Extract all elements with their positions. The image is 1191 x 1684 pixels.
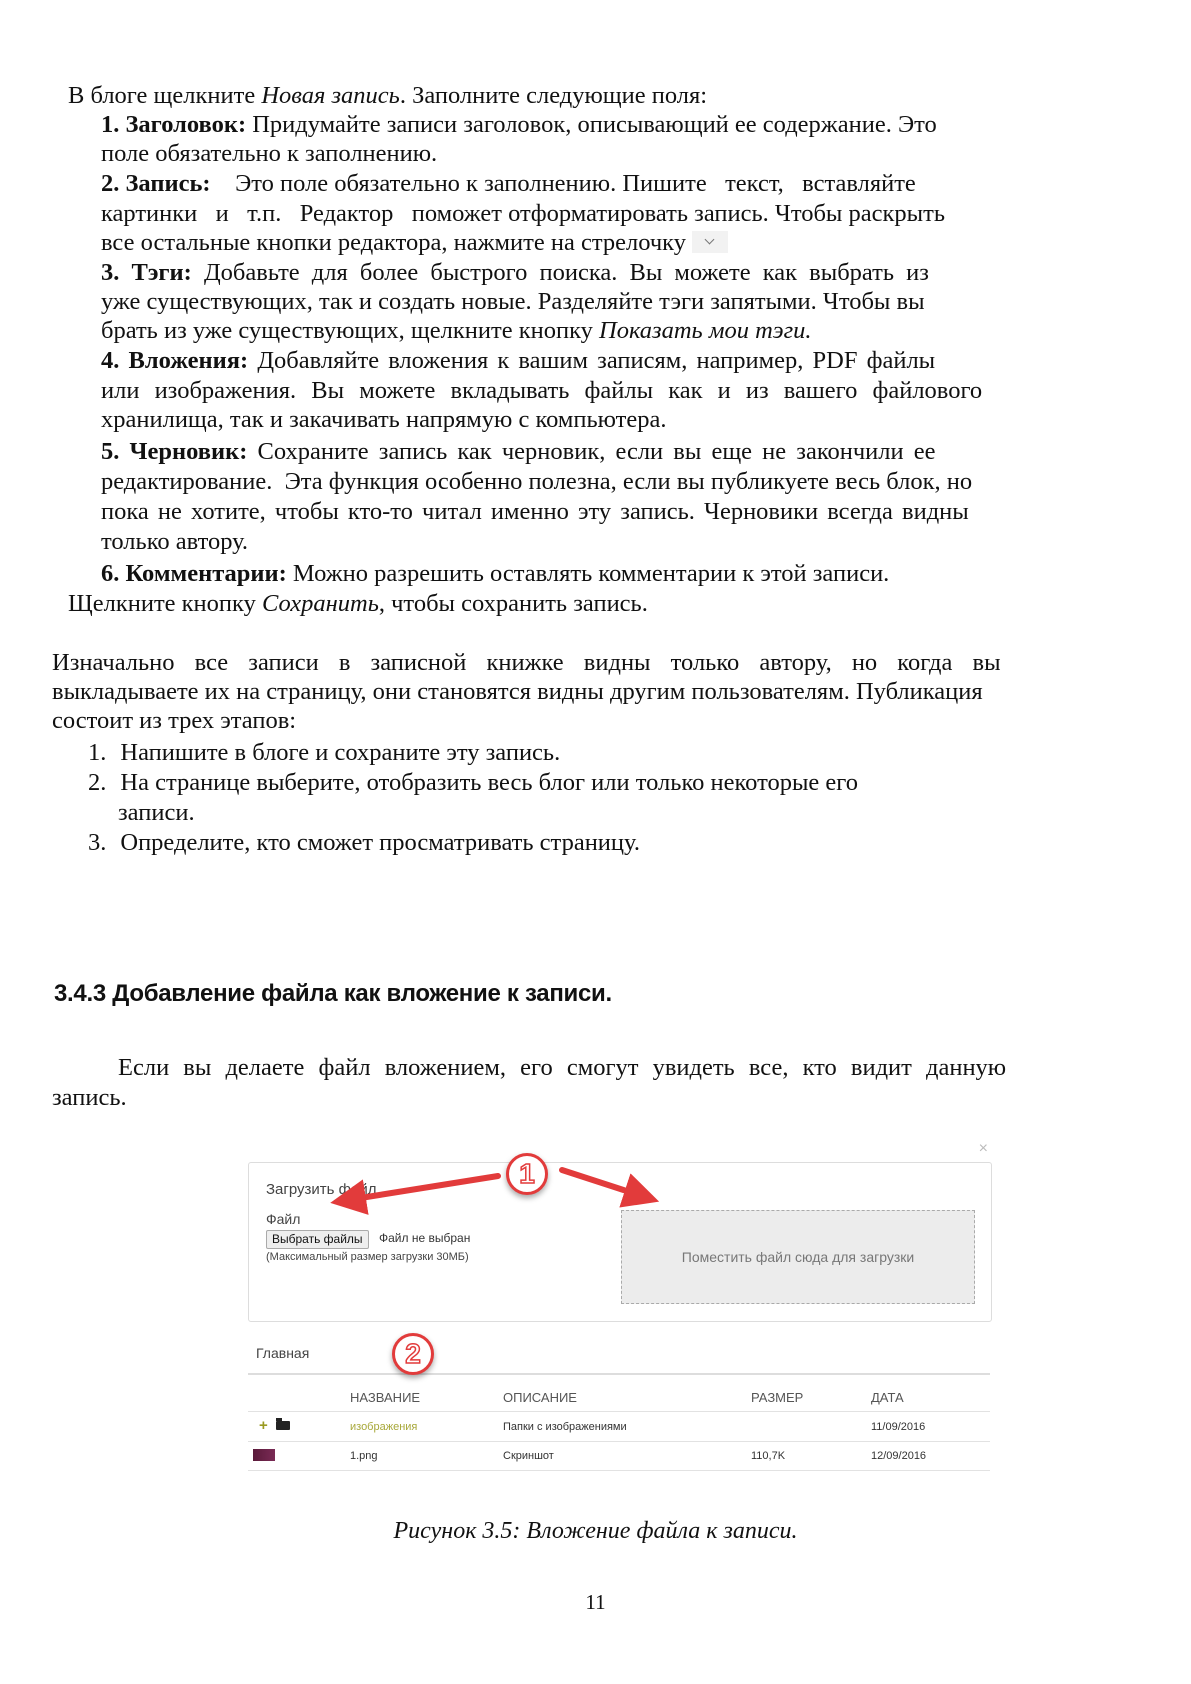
step-text: Определите, кто сможет просматривать стр… — [120, 829, 640, 856]
field-5-line-3: пока не хотите, чтобы кто-то читал именн… — [101, 497, 969, 527]
field-text: Добавляйте вложения к вашим записям, нап… — [257, 347, 935, 374]
field-4-line-3: хранилища, так и закачивать напрямую с к… — [101, 405, 667, 435]
section-para-line-2: запись. — [52, 1083, 127, 1113]
publish-text: выкладываете их на страницу, они становя… — [52, 678, 983, 705]
field-5-line-2: редактирование. Эта функция особенно пол… — [101, 467, 972, 497]
publish-step-2: 2.На странице выберите, отобразить весь … — [88, 768, 858, 798]
field-text: брать из уже существующих, щелкните кноп… — [101, 317, 599, 344]
step-text: На странице выберите, отобразить весь бл… — [120, 769, 858, 796]
new-post-action-ref: Новая запись — [261, 82, 400, 109]
field-label: 3. Тэги: — [101, 259, 192, 286]
step-number: 1. — [88, 739, 106, 766]
field-2-line-3: все остальные кнопки редактора, нажмите … — [101, 228, 728, 258]
section-heading: 3.4.3 Добавление файла как вложение к за… — [54, 980, 612, 1008]
field-text: все остальные кнопки редактора, нажмите … — [101, 229, 686, 256]
field-3-line-3: брать из уже существующих, щелкните кноп… — [101, 316, 812, 346]
field-text: Можно разрешить оставлять комментарии к … — [287, 560, 890, 587]
publish-step-3: 3.Определите, кто сможет просматривать с… — [88, 828, 640, 858]
chevron-down-icon — [692, 231, 728, 253]
field-1-line-2: поле обязательно к заполнению. — [101, 139, 437, 169]
save-note: Щелкните кнопку Сохранить, чтобы сохрани… — [68, 589, 648, 619]
section-para-line-1: Если вы делаете файл вложением, его смог… — [118, 1053, 1006, 1083]
save-action-ref: Сохранить — [262, 590, 379, 617]
publish-text: Изначально все записи в записной книжке … — [52, 649, 1001, 676]
field-text: Добавьте для более быстрого поиска. Вы м… — [204, 259, 929, 286]
field-2-line-2: картинки и т.п. Редактор поможет отформа… — [101, 199, 945, 229]
figure-caption: Рисунок 3.5: Вложение файла к записи. — [0, 1518, 1191, 1545]
publish-step-2-cont: записи. — [118, 798, 195, 828]
field-text: картинки и т.п. Редактор поможет отформа… — [101, 200, 945, 227]
field-4-line-2: или изображения. Вы можете вкладывать фа… — [101, 376, 982, 406]
publish-line-1: Изначально все записи в записной книжке … — [52, 648, 1001, 678]
field-text: только автору. — [101, 528, 248, 555]
field-label: 5. Черновик: — [101, 438, 247, 465]
field-text: пока не хотите, чтобы кто-то читал именн… — [101, 498, 969, 525]
field-label: 6. Комментарии: — [101, 560, 287, 587]
publish-step-1: 1.Напишите в блоге и сохраните эту запис… — [88, 738, 560, 768]
publish-line-2: выкладываете их на страницу, они становя… — [52, 677, 983, 707]
field-text: редактирование. Эта функция особенно пол… — [101, 468, 972, 495]
field-text: или изображения. Вы можете вкладывать фа… — [101, 377, 982, 404]
save-note-suffix: , чтобы сохранить запись. — [379, 590, 648, 617]
annotation-arrows — [240, 1140, 1000, 1500]
figure-screenshot: × Загрузить файл Файл Выбрать файлы Файл… — [240, 1140, 1000, 1500]
field-5-line-1: 5. Черновик: Сохраните запись как чернов… — [101, 437, 936, 467]
section-text: запись. — [52, 1084, 127, 1111]
field-text: Сохраните запись как черновик, если вы е… — [257, 438, 935, 465]
save-note-text: Щелкните кнопку — [68, 590, 262, 617]
field-3-line-1: 3. Тэги: Добавьте для более быстрого пои… — [101, 258, 929, 288]
step-text: записи. — [118, 799, 195, 826]
field-2-line-1: 2. Запись: Это поле обязательно к заполн… — [101, 169, 999, 199]
intro-line: В блоге щелкните Новая запись. Заполните… — [68, 81, 707, 111]
page-number: 11 — [0, 1590, 1191, 1615]
field-text: хранилища, так и закачивать напрямую с к… — [101, 406, 667, 433]
field-label: 4. Вложения: — [101, 347, 248, 374]
publish-line-3: состоит из трех этапов: — [52, 706, 296, 736]
field-6-line-1: 6. Комментарии: Можно разрешить оставлят… — [101, 559, 889, 589]
show-my-tags-action-ref: Показать мои тэги. — [599, 317, 812, 344]
field-5-line-4: только автору. — [101, 527, 248, 557]
intro-text-suffix: . Заполните следующие поля: — [400, 82, 707, 109]
annotation-badge-2: 2 — [392, 1333, 434, 1375]
field-1-line-1: 1. Заголовок: Придумайте записи заголово… — [101, 110, 937, 140]
step-text: Напишите в блоге и сохраните эту запись. — [120, 739, 560, 766]
field-label: 2. Запись: — [101, 170, 211, 197]
step-number: 2. — [88, 769, 106, 796]
field-text: Придумайте записи заголовок, описывающий… — [246, 111, 937, 138]
field-3-line-2: уже существующих, так и создать новые. Р… — [101, 287, 925, 317]
document-page: В блоге щелкните Новая запись. Заполните… — [0, 0, 1191, 1684]
annotation-badge-1: 1 — [506, 1153, 548, 1195]
section-text: Если вы делаете файл вложением, его смог… — [118, 1054, 1006, 1081]
field-text: поле обязательно к заполнению. — [101, 140, 437, 167]
intro-text: В блоге щелкните — [68, 82, 261, 109]
step-number: 3. — [88, 829, 106, 856]
publish-text: состоит из трех этапов: — [52, 707, 296, 734]
field-label: 1. Заголовок: — [101, 111, 246, 138]
field-text: Это поле обязательно к заполнению. Пишит… — [235, 170, 916, 197]
field-text: уже существующих, так и создать новые. Р… — [101, 288, 925, 315]
field-4-line-1: 4. Вложения: Добавляйте вложения к вашим… — [101, 346, 935, 376]
